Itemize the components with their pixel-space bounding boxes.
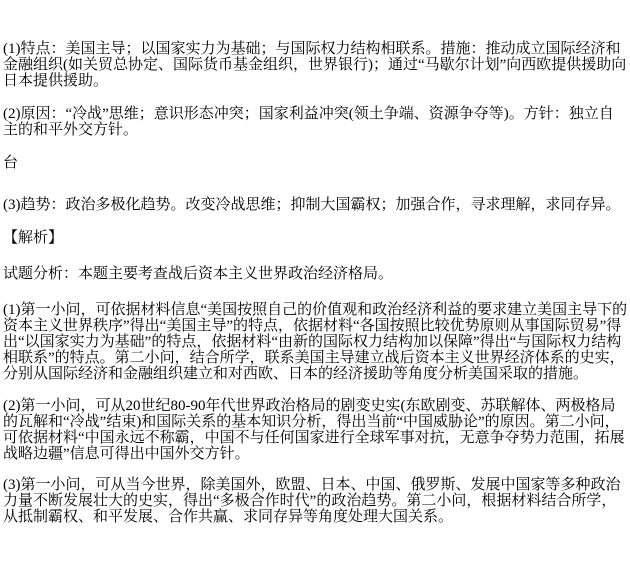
analysis-intro: 试题分析：本题主要考查战后资本主义世界政治经济格局。	[3, 266, 628, 282]
answer-paragraph-3: (3)趋势：政治多极化趋势。改变冷战思维；抑制大国霸权；加强合作，寻求理解，求同…	[3, 197, 628, 213]
analysis-paragraph-1: (1)第一小问，可依据材料信息“美国按照自己的价值观和政治经济利益的要求建立美国…	[3, 302, 628, 382]
analysis-paragraph-2: (2)第一小问，可从20世纪80-90年代世界政治格局的剧变史实(东欧剧变、苏联…	[3, 398, 628, 462]
analysis-section: 【解析】 试题分析：本题主要考查战后资本主义世界政治经济格局。 (1)第一小问，…	[3, 230, 628, 525]
answer-paragraph-1: (1)特点：美国主导；以国家实力为基础；与国际权力结构相联系。措施：推动成立国际…	[3, 41, 628, 89]
document-page: (1)特点：美国主导；以国家实力为基础；与国际权力结构相联系。措施：推动成立国际…	[0, 0, 630, 581]
answer-section: (1)特点：美国主导；以国家实力为基础；与国际权力结构相联系。措施：推动成立国际…	[3, 41, 628, 213]
answer-paragraph-2: (2)原因：“冷战”思维；意识形态冲突；国家利益冲突(领土争端、资源争夺等)。方…	[3, 106, 628, 138]
stray-character-line: 台	[3, 155, 628, 171]
analysis-paragraph-3: (3)第一小问，可从当今世界，除美国外，欧盟、日本、中国、俄罗斯、发展中国家等多…	[3, 477, 628, 525]
analysis-header: 【解析】	[3, 230, 628, 246]
